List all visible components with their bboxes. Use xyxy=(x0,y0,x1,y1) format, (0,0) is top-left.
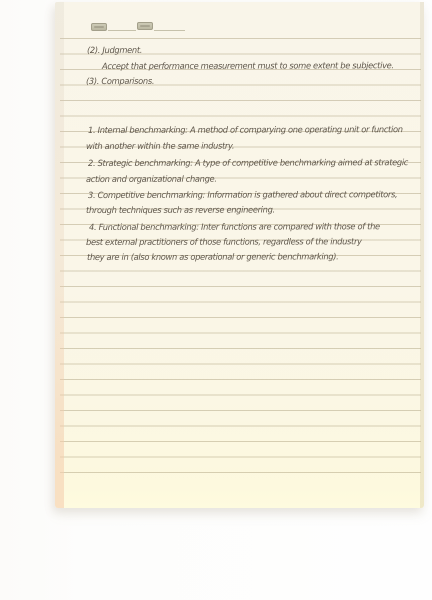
number-fill-line xyxy=(154,30,185,31)
handwritten-line-judgment-heading: (2). Judgment. xyxy=(87,45,142,57)
handwritten-line-functional-benchmarking-2: best external practitioners of those fun… xyxy=(86,236,362,249)
notebook-page: (2). Judgment. Accept that performance m… xyxy=(55,2,424,508)
handwritten-line-competitive-benchmarking-1: 3. Competitive benchmarking: Information… xyxy=(88,189,397,202)
date-stamp-icon xyxy=(91,23,107,31)
handwritten-line-internal-benchmarking-1: 1. Internal benchmarking: A method of co… xyxy=(88,124,403,137)
date-fill-line xyxy=(108,30,136,31)
number-stamp-text xyxy=(140,25,150,27)
handwritten-line-functional-benchmarking-1: 4. Functional benchmarking: Inter functi… xyxy=(89,221,380,234)
page-right-edge xyxy=(420,2,424,508)
handwritten-line-judgment-body: Accept that performance measurement must… xyxy=(102,60,394,73)
handwritten-line-strategic-benchmarking-1: 2. Strategic benchmarking: A type of com… xyxy=(88,157,408,170)
handwritten-line-functional-benchmarking-3: they are in (also known as operational o… xyxy=(87,251,338,264)
number-stamp-icon xyxy=(137,22,153,30)
handwritten-line-comparisons-heading: (3). Comparisons. xyxy=(86,76,154,88)
page-left-edge xyxy=(55,2,64,508)
handwritten-line-competitive-benchmarking-2: through techniques such as reverse engin… xyxy=(86,204,275,217)
date-stamp-text xyxy=(94,26,104,28)
handwritten-line-strategic-benchmarking-2: action and organizational change. xyxy=(86,174,217,186)
handwritten-line-internal-benchmarking-2: with another within the same industry. xyxy=(86,141,234,153)
